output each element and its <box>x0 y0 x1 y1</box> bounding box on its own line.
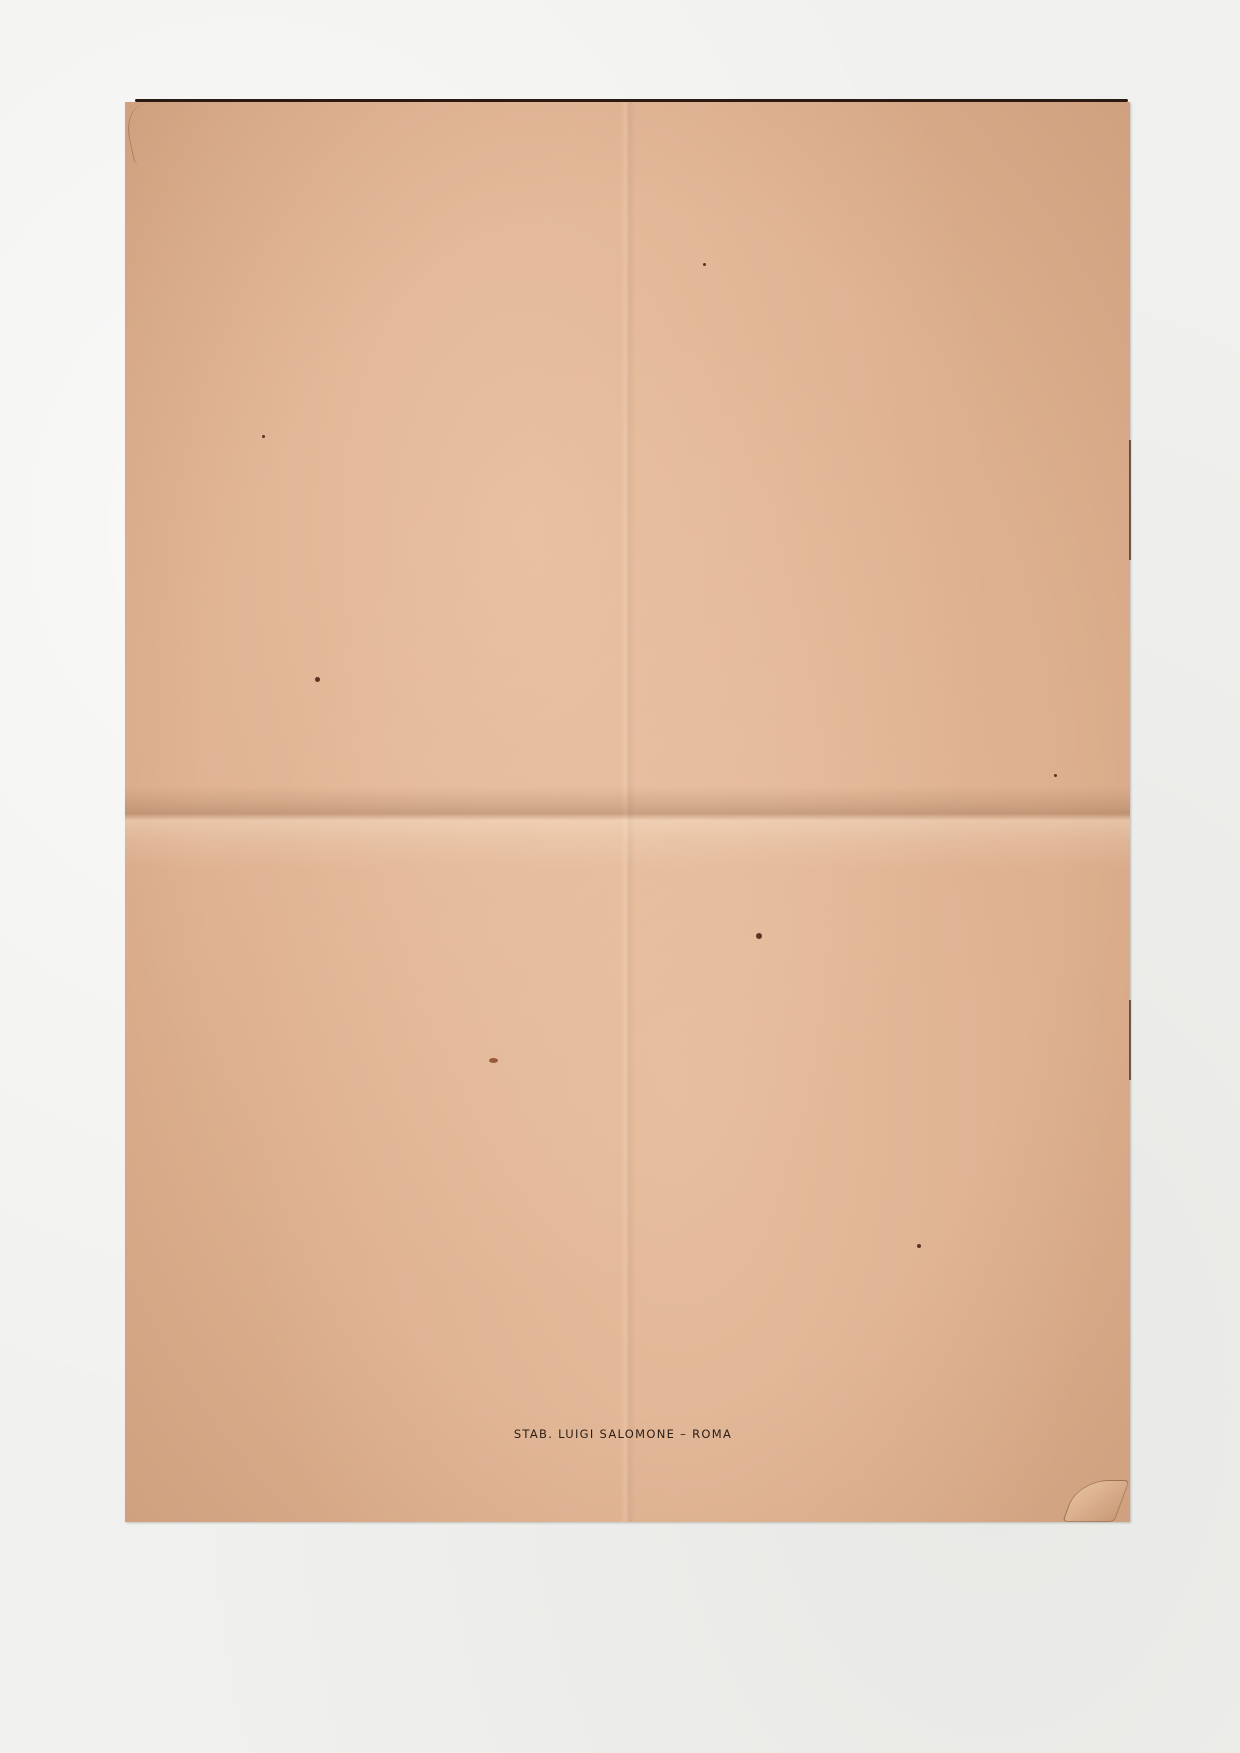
paper-sheet <box>125 102 1130 1522</box>
printer-imprint: STAB. LUIGI SALOMONE – ROMA <box>0 1427 1240 1441</box>
sheet-right-edge <box>1129 440 1131 560</box>
stain-spot <box>703 263 706 266</box>
stain-spot <box>489 1058 498 1063</box>
sheet-top-edge <box>135 99 1128 102</box>
stain-spot <box>917 1244 921 1248</box>
stain-spot <box>262 435 265 438</box>
stain-spot <box>756 933 762 939</box>
stain-spot <box>1054 774 1057 777</box>
printer-imprint-text: STAB. LUIGI SALOMONE – ROMA <box>514 1427 732 1441</box>
stain-spot <box>315 677 320 682</box>
sheet-right-edge-lower <box>1129 1000 1131 1080</box>
